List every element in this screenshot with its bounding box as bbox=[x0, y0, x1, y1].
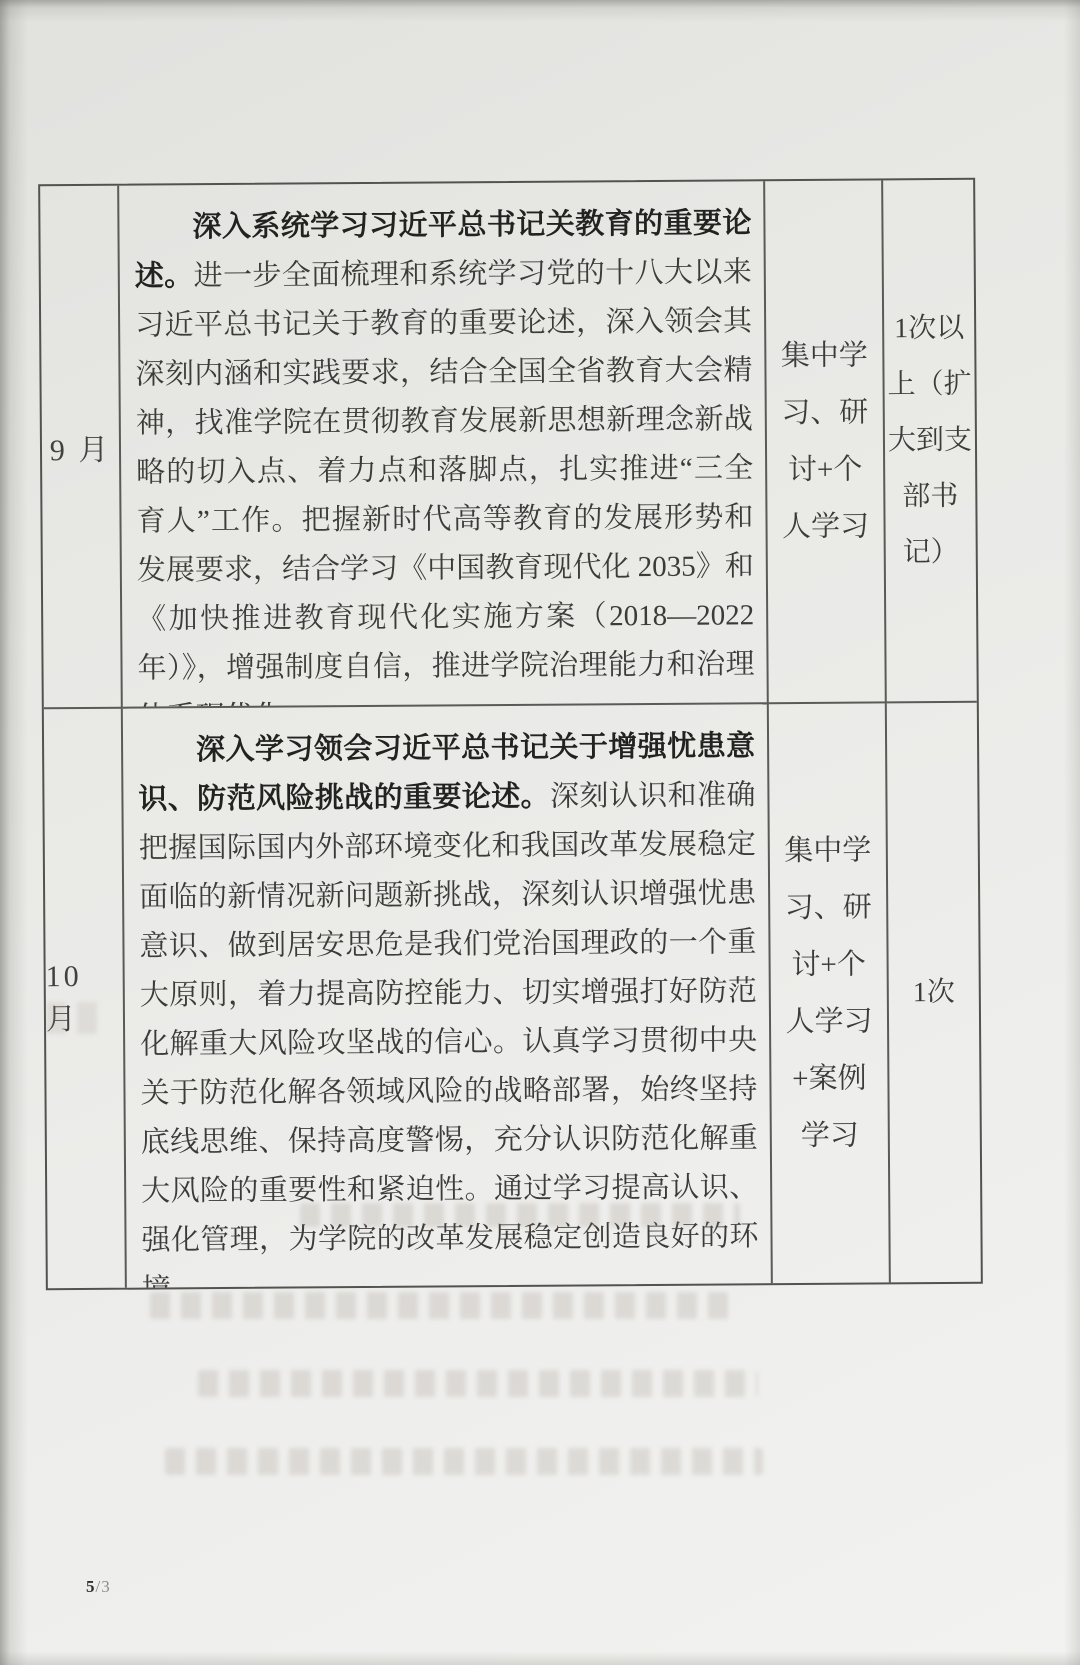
study-topic-body: 进一步全面梳理和系统学习党的十八大以来习近平总书记关于教育的重要论述，深入领会其… bbox=[135, 256, 755, 708]
study-method-label: 集中学习、研讨+个人学习+案例学习 bbox=[777, 822, 881, 1165]
month-label: 9 月 bbox=[50, 424, 112, 468]
page-number-secondary: /3 bbox=[96, 1577, 111, 1596]
study-content-paragraph: 深入系统学习习近平总书记关教育的重要论述。进一步全面梳理和系统学习党的十八大以来… bbox=[119, 181, 767, 708]
study-schedule-table: 9 月 深入系统学习习近平总书记关教育的重要论述。进一步全面梳理和系统学习党的十… bbox=[38, 178, 983, 1291]
bleedthrough-text-mark bbox=[198, 1370, 758, 1397]
content-cell-september: 深入系统学习习近平总书记关教育的重要论述。进一步全面梳理和系统学习党的十八大以来… bbox=[119, 181, 769, 708]
frequency-label: 1次 bbox=[913, 964, 955, 1020]
month-cell-september: 9 月 bbox=[40, 186, 123, 710]
method-cell-september: 集中学习、研讨+个人学习 bbox=[765, 180, 887, 704]
frequency-cell-october: 1次 bbox=[887, 703, 981, 1283]
bleedthrough-text-mark bbox=[300, 1203, 740, 1227]
page-number-primary: 5 bbox=[86, 1577, 96, 1596]
content-cell-october: 深入学习领会习近平总书记关于增强忧患意识、防范风险挑战的重要论述。深刻认识和准确… bbox=[123, 704, 773, 1287]
bleedthrough-text-mark bbox=[46, 1002, 108, 1034]
study-method-label: 集中学习、研讨+个人学习 bbox=[773, 327, 877, 556]
frequency-label: 1次以上（扩大到支部书记） bbox=[886, 300, 974, 581]
scanned-page: 9 月 深入系统学习习近平总书记关教育的重要论述。进一步全面梳理和系统学习党的十… bbox=[0, 0, 1080, 1665]
bleedthrough-text-mark bbox=[150, 1292, 735, 1319]
frequency-cell-september: 1次以上（扩大到支部书记） bbox=[883, 180, 977, 704]
bleedthrough-text-mark bbox=[165, 1448, 763, 1475]
page-number: 5/3 bbox=[86, 1577, 111, 1597]
study-content-paragraph: 深入学习领会习近平总书记关于增强忧患意识、防范风险挑战的重要论述。深刻认识和准确… bbox=[123, 704, 771, 1287]
month-cell-october: 10 月 bbox=[44, 709, 127, 1289]
method-cell-october: 集中学习、研讨+个人学习+案例学习 bbox=[769, 703, 891, 1283]
